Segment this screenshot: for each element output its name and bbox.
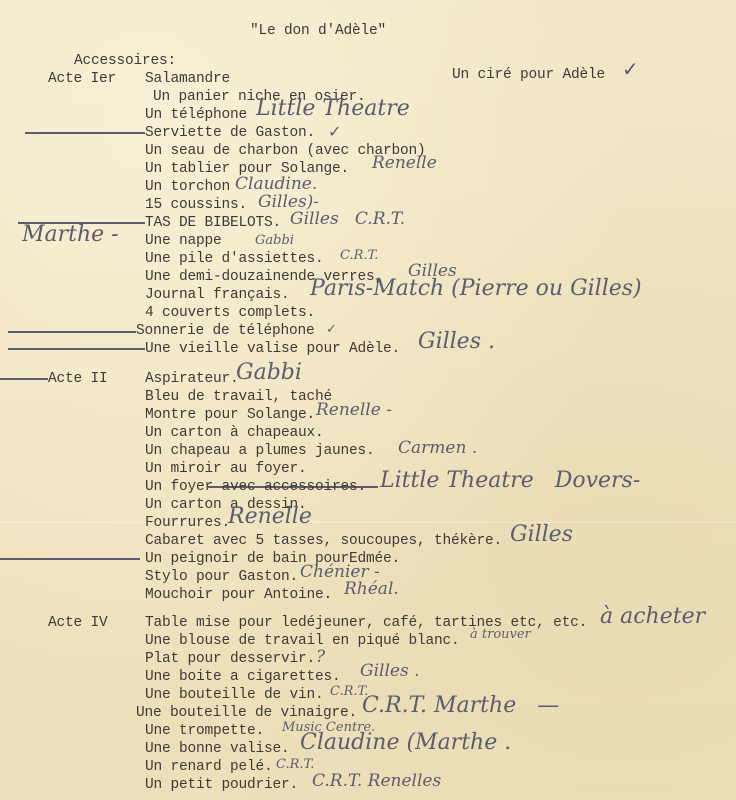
item-text: Une bonne valise. [145,740,290,758]
item-text: Montre pour Solange. [145,406,315,424]
handwritten-note: Gilles . [360,662,419,680]
item-text: Une blouse de travail en piqué blanc. [145,632,460,650]
handwritten-note: Little Theatre [256,100,410,118]
handwritten-note: Carmen . [398,439,477,457]
item-text: Un foyer avec accessoires. [145,478,366,496]
item-text: Cabaret avec 5 tasses, soucoupes, thékèr… [145,532,502,550]
handwritten-note: Rhéal. [344,580,399,598]
item-text: Serviette de Gaston. [145,124,315,142]
item-text: Fourrures. [145,514,230,532]
handwritten-note: C.R.T. Marthe — [362,697,559,715]
handwritten-note: Claudine. [235,175,317,193]
item-text: 15 coussins. [145,196,247,214]
item-text: Un chapeau a plumes jaunes. [145,442,375,460]
handwritten-note: ? [316,648,325,666]
act-label: Acte IV [48,614,108,632]
item-text: Un renard pelé. [145,758,273,776]
handwritten-note: Gilles . [418,333,495,351]
side-note: Un ciré pour Adèle [452,66,605,84]
handwritten-note: Gabbi [255,232,294,250]
heading-accessoires: Accessoires: [74,52,176,70]
handwritten-note: Little Theatre Dovers- [380,472,640,490]
item-text: Une bouteille de vin. [145,686,324,704]
handwritten-note: Renelle [372,154,437,172]
handwritten-note: Claudine (Marthe . [300,734,511,752]
strike-mark [8,331,136,333]
strike-mark [0,378,48,380]
act-label: Acte II [48,370,108,388]
strike-mark [25,132,145,134]
handwritten-note: ✓ [328,123,341,141]
strike-mark [0,558,140,560]
handwritten-note: C.R.T. Renelles [312,772,441,790]
item-text: Un téléphone [145,106,247,124]
handwritten-note: à trouver [470,626,531,644]
handwritten-note: Renelle - [316,401,392,419]
item-text: Un carton à chapeaux. [145,424,324,442]
check-icon: ✓ [622,60,639,78]
item-text: Bleu de travail, taché [145,388,332,406]
item-text: Une pile d'assiettes. [145,250,324,268]
item-text: Stylo pour Gaston. [145,568,298,586]
item-text: Un torchon [145,178,230,196]
item-text: Un miroir au foyer. [145,460,307,478]
handwritten-note: Paris-Match (Pierre ou Gilles) [310,280,642,298]
item-text: TAS DE BIBELOTS. [145,214,281,232]
item-text: Sonnerie de téléphone [136,322,315,340]
margin-note: Marthe - [22,226,119,244]
paper-fold [0,522,736,523]
handwritten-note: Renelle [228,508,312,526]
item-text: Plat pour desservir. [145,650,315,668]
handwritten-note: Gilles [510,526,573,544]
item-text: Un petit poudrier. [145,776,298,794]
item-text: Une boite a cigarettes. [145,668,341,686]
handwritten-note: Gabbi [236,364,302,382]
handwritten-note: à acheter [600,608,705,626]
item-text: Une vieille valise pour Adèle. [145,340,400,358]
item-text: Une nappe [145,232,222,250]
handwritten-note: Gilles C.R.T. [290,210,405,228]
strike-mark [8,348,145,350]
item-text: Aspirateur. [145,370,239,388]
handwritten-note: ✓ [326,321,337,339]
document-title: "Le don d'Adèle" [250,22,386,40]
item-text: 4 couverts complets. [145,304,315,322]
item-text: Journal français. [145,286,290,304]
document-page: "Le don d'Adèle" Accessoires: Un ciré po… [0,0,736,800]
handwritten-note: C.R.T. [340,247,378,265]
item-text: Mouchoir pour Antoine. [145,586,332,604]
item-text: Salamandre [145,70,230,88]
item-text: Une trompette. [145,722,264,740]
act-label: Acte Ier [48,70,116,88]
handwritten-note: C.R.T. [276,756,314,774]
